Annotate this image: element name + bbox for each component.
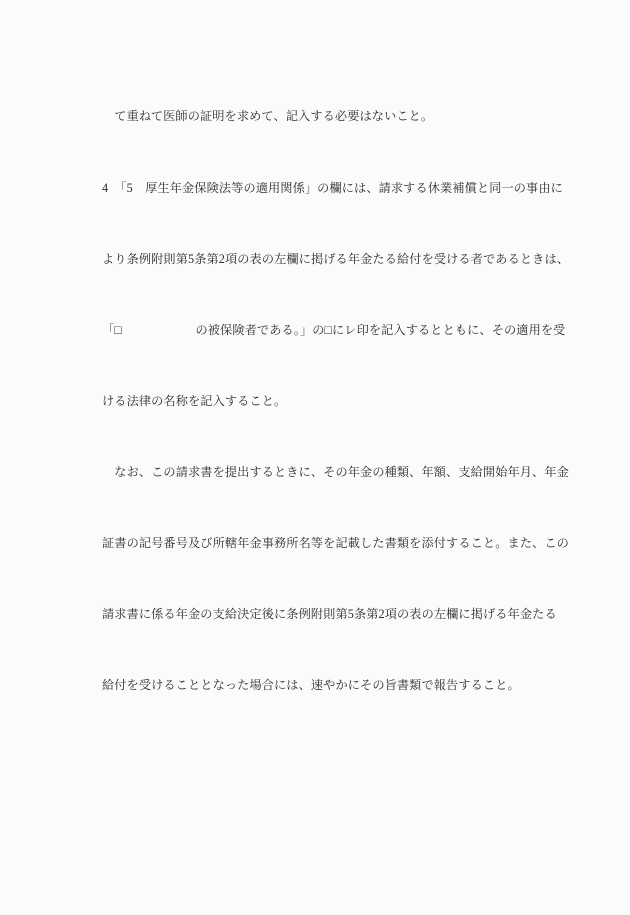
doc-line-note4-start: 4 「5 厚生年金保険法等の適用関係」の欄には、請求する休業補償と同一の事由に	[102, 177, 602, 201]
document-page: て重ねて医師の証明を求めて、記入する必要はないこと。 4 「5 厚生年金保険法等…	[0, 0, 630, 915]
doc-line-note4-checkbox: 「□ の被保険者である。」の□にレ印を記入するとともに、その適用を受	[102, 319, 602, 343]
doc-line-note4-end: 給付を受けることとなった場合には、速やかにその旨書類で報告すること。	[102, 674, 602, 698]
notes-text-block: て重ねて医師の証明を求めて、記入する必要はないこと。 4 「5 厚生年金保険法等…	[102, 58, 602, 745]
doc-line-note4-7: 請求書に係る年金の支給決定後に条例附則第5条第2項の表の左欄に掲げる年金たる	[102, 603, 602, 627]
doc-line-note4-4: ける法律の名称を記入すること。	[102, 390, 602, 414]
doc-line-note4-2: より条例附則第5条第2項の表の左欄に掲げる年金たる給付を受ける者であるときは、	[102, 248, 602, 272]
doc-line-note4-nao-paragraph: なお、この請求書を提出するときに、その年金の種類、年額、支給開始年月、年金	[102, 461, 602, 485]
doc-line-note4-6: 証書の記号番号及び所轄年金事務所名等を記載した書類を添付すること。また、この	[102, 532, 602, 556]
doc-line-note3-continuation: て重ねて医師の証明を求めて、記入する必要はないこと。	[102, 105, 602, 129]
